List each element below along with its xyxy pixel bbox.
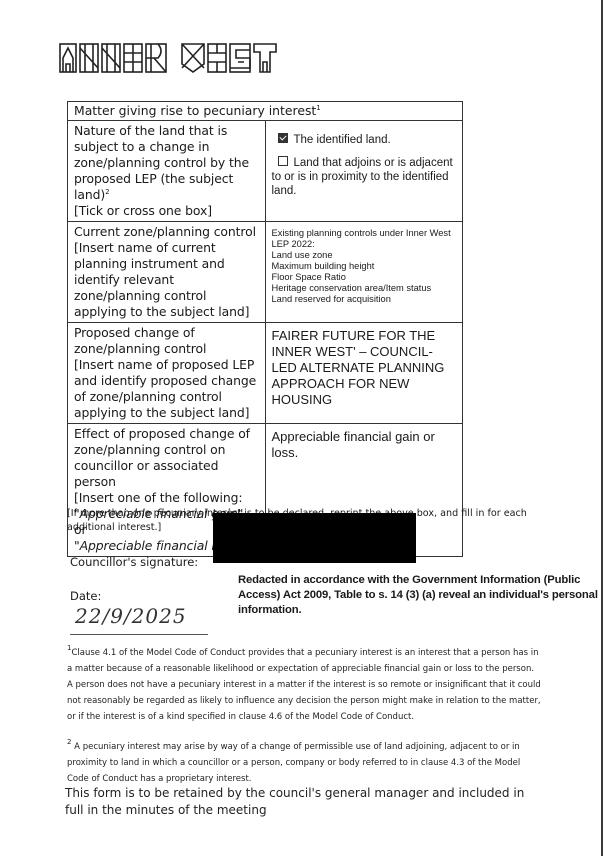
date-underline	[70, 634, 208, 635]
pecuniary-interest-form: Matter giving rise to pecuniary interest…	[67, 101, 463, 557]
checkbox-checked-icon[interactable]	[278, 133, 288, 143]
page-edge	[601, 0, 603, 856]
form-header-title: Matter giving rise to pecuniary interest	[74, 103, 316, 118]
footnote-2: 2 A pecuniary interest may arise by way …	[67, 739, 542, 787]
date-handwritten: 22/9/2025	[75, 604, 187, 628]
form-header: Matter giving rise to pecuniary interest…	[68, 102, 463, 121]
proposed-change-value: FAIRER FUTURE FOR THE INNER WEST' – COUN…	[265, 323, 463, 424]
land-nature-label: Nature of the land that is subject to a …	[68, 121, 266, 222]
option-adjoining-land[interactable]: Land that adjoins or is adjacent to or i…	[272, 156, 458, 198]
inner-west-logo: INNER WEST	[58, 40, 298, 76]
option-identified-land[interactable]: The identified land.	[278, 133, 458, 147]
table-row: Proposed change of zone/planning control…	[68, 323, 463, 424]
date-label: Date:	[70, 589, 101, 603]
redaction-note: Redacted in accordance with the Governme…	[238, 573, 603, 618]
footnote-ref-2: 2	[105, 188, 109, 196]
retain-note: This form is to be retained by the counc…	[65, 785, 535, 819]
current-control-value: Existing planning controls under Inner W…	[265, 222, 463, 323]
land-nature-options: The identified land. Land that adjoins o…	[265, 121, 463, 222]
table-row: Nature of the land that is subject to a …	[68, 121, 463, 222]
current-control-label: Current zone/planning control [Insert na…	[68, 222, 266, 323]
land-nature-instruction: [Tick or cross one box]	[74, 203, 212, 218]
checkbox-empty-icon[interactable]	[278, 156, 288, 166]
footnote-ref-1: 1	[316, 104, 320, 112]
proposed-change-label: Proposed change of zone/planning control…	[68, 323, 266, 424]
table-row: Current zone/planning control [Insert na…	[68, 222, 463, 323]
signature-label: Councillor's signature:	[70, 555, 198, 569]
footnote-1: 1Clause 4.1 of the Model Code of Conduct…	[67, 645, 542, 725]
redacted-signature	[213, 513, 416, 563]
